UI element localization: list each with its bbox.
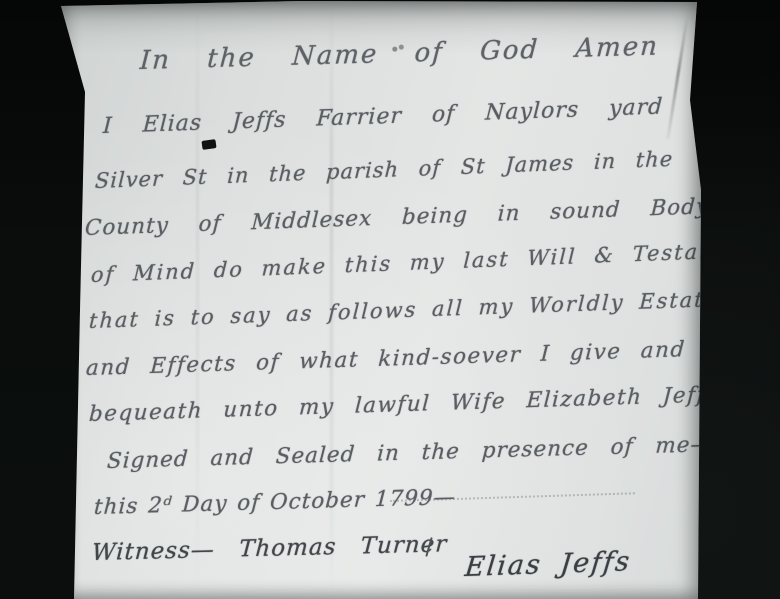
photo-background: In the Name of God Amen I Elias Jeffs Fa…	[0, 0, 780, 599]
document-paper: In the Name of God Amen I Elias Jeffs Fa…	[0, 0, 780, 599]
manuscript-line: I Elias Jeffs Farrier of Naylors yard	[102, 94, 663, 139]
manuscript-title-line: In the Name of God Amen	[139, 31, 660, 76]
manuscript-line: of Mind do make this my last Will & Test…	[90, 237, 762, 287]
manuscript-line: Silver St in the parish of St James in t…	[94, 147, 673, 193]
manuscript-line: that is to say as follows all my Worldly…	[88, 287, 719, 333]
manuscript-line: bequeath unto my lawful Wife Elizabeth J…	[88, 382, 719, 427]
manuscript-line: Witness— Thomas Turner	[91, 531, 448, 566]
manuscript-line: this 2ᵈ Day of October 1799—	[93, 485, 457, 520]
manuscript-line: and Effects of what kind-soever I give a…	[85, 337, 686, 381]
manuscript-line: County of Middlesex being in sound Body	[84, 194, 709, 241]
signature-elias-jeffs: Elias Jeffs	[463, 546, 632, 583]
paper-crease	[666, 17, 688, 140]
ink-blot	[201, 139, 216, 150]
